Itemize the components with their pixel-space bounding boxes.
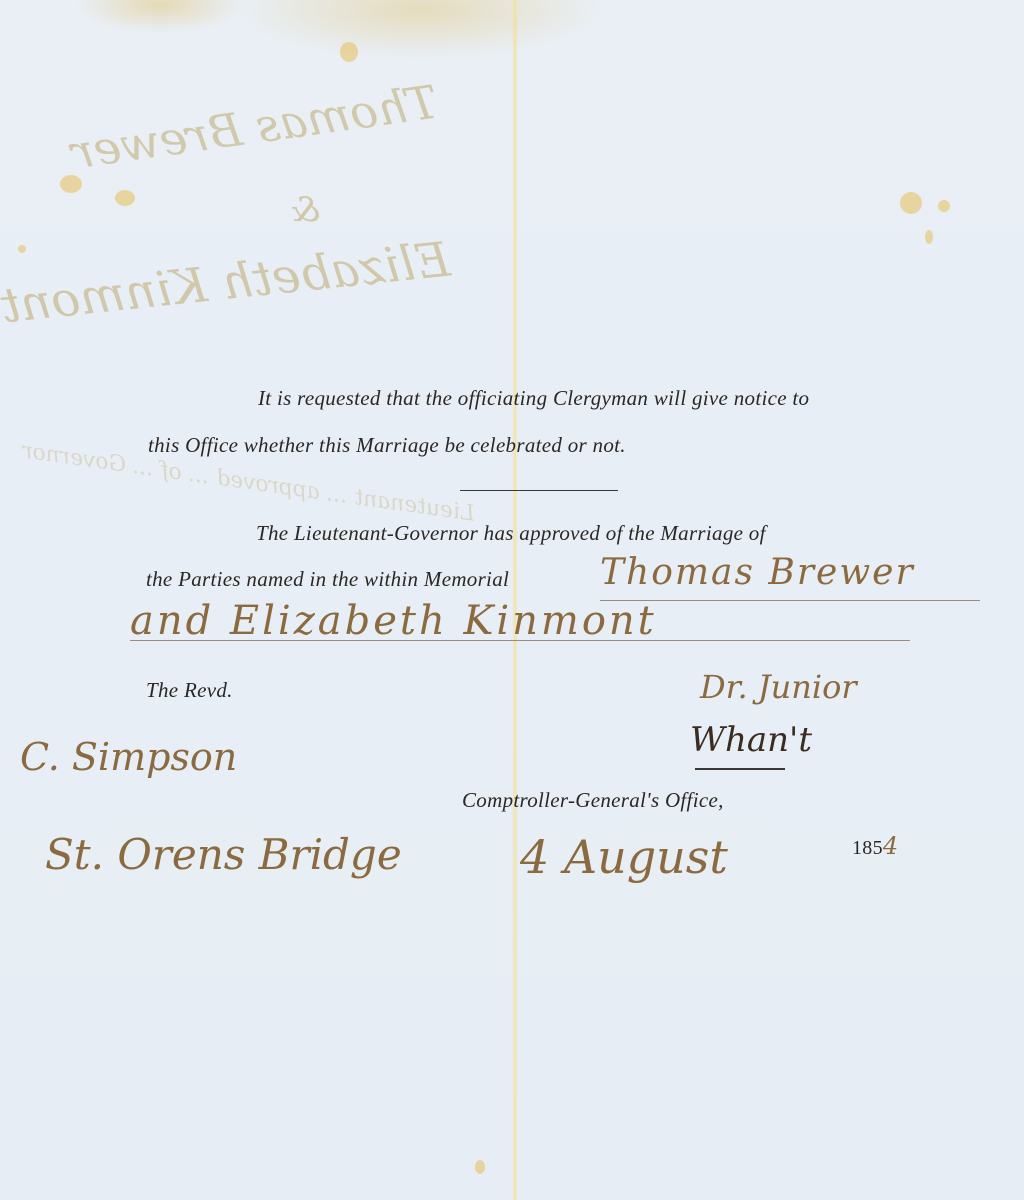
comptroller-signature: Whan't xyxy=(690,720,812,760)
stain-spot xyxy=(938,200,950,212)
approval-line-1: The Lieutenant-Governor has approved of … xyxy=(256,521,766,546)
notice-line-2: this Office whether this Marriage be cel… xyxy=(148,433,626,458)
signatory-title-handwritten: Dr. Junior xyxy=(700,668,857,706)
year-last-digit-handwritten: 4 xyxy=(883,832,899,860)
date-handwritten: 4 August xyxy=(520,830,728,884)
approval-line-2: the Parties named in the within Memorial xyxy=(146,567,509,592)
year-prefix: 185 xyxy=(852,837,883,859)
bleed-through-ampersand: & xyxy=(290,190,320,230)
stain-spot xyxy=(475,1160,485,1174)
bride-name-handwritten: and Elizabeth Kinmont xyxy=(130,598,657,644)
stain-spot xyxy=(115,190,135,206)
clergyman-place-handwritten: St. Orens Bridge xyxy=(45,830,402,879)
year-printed: 1854 xyxy=(852,832,898,860)
groom-name-handwritten: Thomas Brewer xyxy=(600,552,915,593)
office-label: Comptroller-General's Office, xyxy=(462,788,724,813)
stain-spot xyxy=(18,245,26,253)
bride-name-line xyxy=(130,640,910,641)
section-divider xyxy=(460,490,618,491)
groom-name-line xyxy=(600,600,980,601)
revd-label: The Revd. xyxy=(146,678,233,703)
stain-spot xyxy=(900,192,922,214)
stain-spot xyxy=(925,230,933,244)
stain-spot xyxy=(340,42,358,62)
signature-underline xyxy=(695,768,785,770)
notice-line-1: It is requested that the officiating Cle… xyxy=(258,386,809,411)
clergyman-name-handwritten: C. Simpson xyxy=(20,735,237,779)
